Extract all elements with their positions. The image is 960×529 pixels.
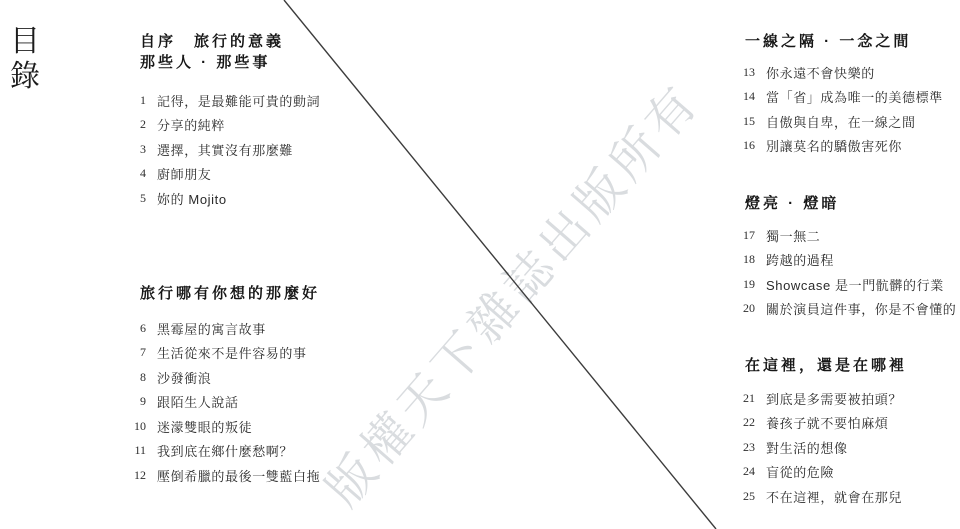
entry-title: 黑霉屋的寓言故事 <box>157 319 266 338</box>
entry-title: 到底是多需要被拍頭？ <box>766 389 902 408</box>
entry-title: Showcase 是一門骯髒的行業 <box>766 275 944 294</box>
entry-title: 養孩子就不要怕麻煩 <box>766 413 888 432</box>
toc-entry: 8沙發衝浪 <box>124 365 320 390</box>
entry-number: 11 <box>124 443 146 458</box>
section-heading-lights: 燈亮 · 燈暗 <box>745 192 839 213</box>
entry-title: 你永遠不會快樂的 <box>766 63 875 82</box>
toc-entry: 11我到底在鄉什麼愁啊？ <box>124 439 320 464</box>
entry-title: 妳的 Mojito <box>157 189 227 208</box>
entry-number: 14 <box>733 89 755 104</box>
entry-number: 2 <box>124 117 146 132</box>
entry-number: 1 <box>124 93 146 108</box>
watermark-text: 版權天下雜誌出版所有 <box>307 66 713 519</box>
toc-entry: 14當「省」成為唯一的美德標準 <box>733 85 943 110</box>
entry-title: 生活從來不是件容易的事 <box>157 343 307 362</box>
entry-title: 跟陌生人說話 <box>157 392 239 411</box>
toc-entry: 10迷濛雙眼的叛徒 <box>124 414 320 439</box>
toc-entry: 17獨一無二 <box>733 223 956 248</box>
toc-entry: 6黑霉屋的寓言故事 <box>124 316 320 341</box>
toc-entry: 7生活從來不是件容易的事 <box>124 341 320 366</box>
toc-entry: 4廚師朋友 <box>124 162 320 187</box>
entry-number: 17 <box>733 228 755 243</box>
section-heading-fine-line: 一線之隔 · 一念之間 <box>745 30 911 51</box>
toc-entry: 21到底是多需要被拍頭？ <box>733 386 902 411</box>
entry-title: 不在這裡，就會在那兒 <box>766 487 902 506</box>
toc-entry: 2分享的純粹 <box>124 113 320 138</box>
entry-title: 關於演員這件事，你是不會懂的 <box>766 299 956 318</box>
section-heading-here-or-where: 在這裡，還是在哪裡 <box>745 354 907 375</box>
toc-list-lights: 17獨一無二 18跨越的過程 19Showcase 是一門骯髒的行業 20關於演… <box>733 223 956 321</box>
entry-title: 獨一無二 <box>766 226 820 245</box>
toc-list-travel: 6黑霉屋的寓言故事 7生活從來不是件容易的事 8沙發衝浪 9跟陌生人說話 10迷… <box>124 316 320 488</box>
entry-number: 18 <box>733 252 755 267</box>
entry-number: 3 <box>124 142 146 157</box>
entry-number: 6 <box>124 321 146 336</box>
entry-number: 16 <box>733 138 755 153</box>
toc-entry: 1記得，是最難能可貴的動詞 <box>124 88 320 113</box>
entry-number: 24 <box>733 464 755 479</box>
entry-title: 自傲與自卑，在一線之間 <box>766 112 916 131</box>
entry-number: 8 <box>124 370 146 385</box>
toc-entry: 25不在這裡，就會在那兒 <box>733 484 902 509</box>
entry-title: 當「省」成為唯一的美德標準 <box>766 87 943 106</box>
entry-number: 22 <box>733 415 755 430</box>
entry-title: 我到底在鄉什麼愁啊？ <box>157 441 293 460</box>
entry-title: 跨越的過程 <box>766 250 834 269</box>
entry-number: 12 <box>124 468 146 483</box>
entry-number: 23 <box>733 440 755 455</box>
toc-entry: 16別讓莫名的驕傲害死你 <box>733 134 943 159</box>
entry-title: 廚師朋友 <box>157 164 211 183</box>
toc-list-people: 1記得，是最難能可貴的動詞 2分享的純粹 3選擇，其實沒有那麼難 4廚師朋友 5… <box>124 88 320 211</box>
toc-entry: 12壓倒希臘的最後一雙藍白拖 <box>124 463 320 488</box>
toc-entry: 22養孩子就不要怕麻煩 <box>733 411 902 436</box>
preface-heading: 自序 旅行的意義 <box>140 30 284 51</box>
toc-entry: 13你永遠不會快樂的 <box>733 60 943 85</box>
entry-number: 10 <box>124 419 146 434</box>
entry-title: 對生活的想像 <box>766 438 848 457</box>
toc-entry: 5妳的 Mojito <box>124 186 320 211</box>
entry-title: 別讓莫名的驕傲害死你 <box>766 136 902 155</box>
toc-entry: 24盲從的危險 <box>733 460 902 485</box>
toc-entry: 18跨越的過程 <box>733 248 956 273</box>
entry-number: 19 <box>733 277 755 292</box>
toc-entry: 3選擇，其實沒有那麼難 <box>124 137 320 162</box>
entry-title: 記得，是最難能可貴的動詞 <box>157 91 320 110</box>
page-title: 目錄 <box>10 24 44 94</box>
entry-number: 4 <box>124 166 146 181</box>
entry-title: 盲從的危險 <box>766 462 834 481</box>
entry-title: 沙發衝浪 <box>157 368 211 387</box>
entry-title: 壓倒希臘的最後一雙藍白拖 <box>157 466 320 485</box>
toc-list-fine-line: 13你永遠不會快樂的 14當「省」成為唯一的美德標準 15自傲與自卑，在一線之間… <box>733 60 943 158</box>
entry-title: 迷濛雙眼的叛徒 <box>157 417 252 436</box>
toc-entry: 23對生活的想像 <box>733 435 902 460</box>
entry-title: 選擇，其實沒有那麼難 <box>157 140 293 159</box>
entry-title: 分享的純粹 <box>157 115 225 134</box>
entry-number: 15 <box>733 114 755 129</box>
toc-page: 目錄 版權天下雜誌出版所有 自序 旅行的意義 那些人 · 那些事 1記得，是最難… <box>0 0 960 529</box>
entry-number: 21 <box>733 391 755 406</box>
entry-number: 25 <box>733 489 755 504</box>
entry-number: 9 <box>124 394 146 409</box>
entry-number: 7 <box>124 345 146 360</box>
entry-number: 5 <box>124 191 146 206</box>
toc-entry: 20關於演員這件事，你是不會懂的 <box>733 297 956 322</box>
toc-entry: 15自傲與自卑，在一線之間 <box>733 109 943 134</box>
entry-number: 20 <box>733 301 755 316</box>
section-heading-people: 那些人 · 那些事 <box>140 51 270 72</box>
toc-list-here-or-where: 21到底是多需要被拍頭？ 22養孩子就不要怕麻煩 23對生活的想像 24盲從的危… <box>733 386 902 509</box>
toc-entry: 19Showcase 是一門骯髒的行業 <box>733 272 956 297</box>
toc-entry: 9跟陌生人說話 <box>124 390 320 415</box>
section-heading-travel: 旅行哪有你想的那麼好 <box>140 282 320 303</box>
entry-number: 13 <box>733 65 755 80</box>
